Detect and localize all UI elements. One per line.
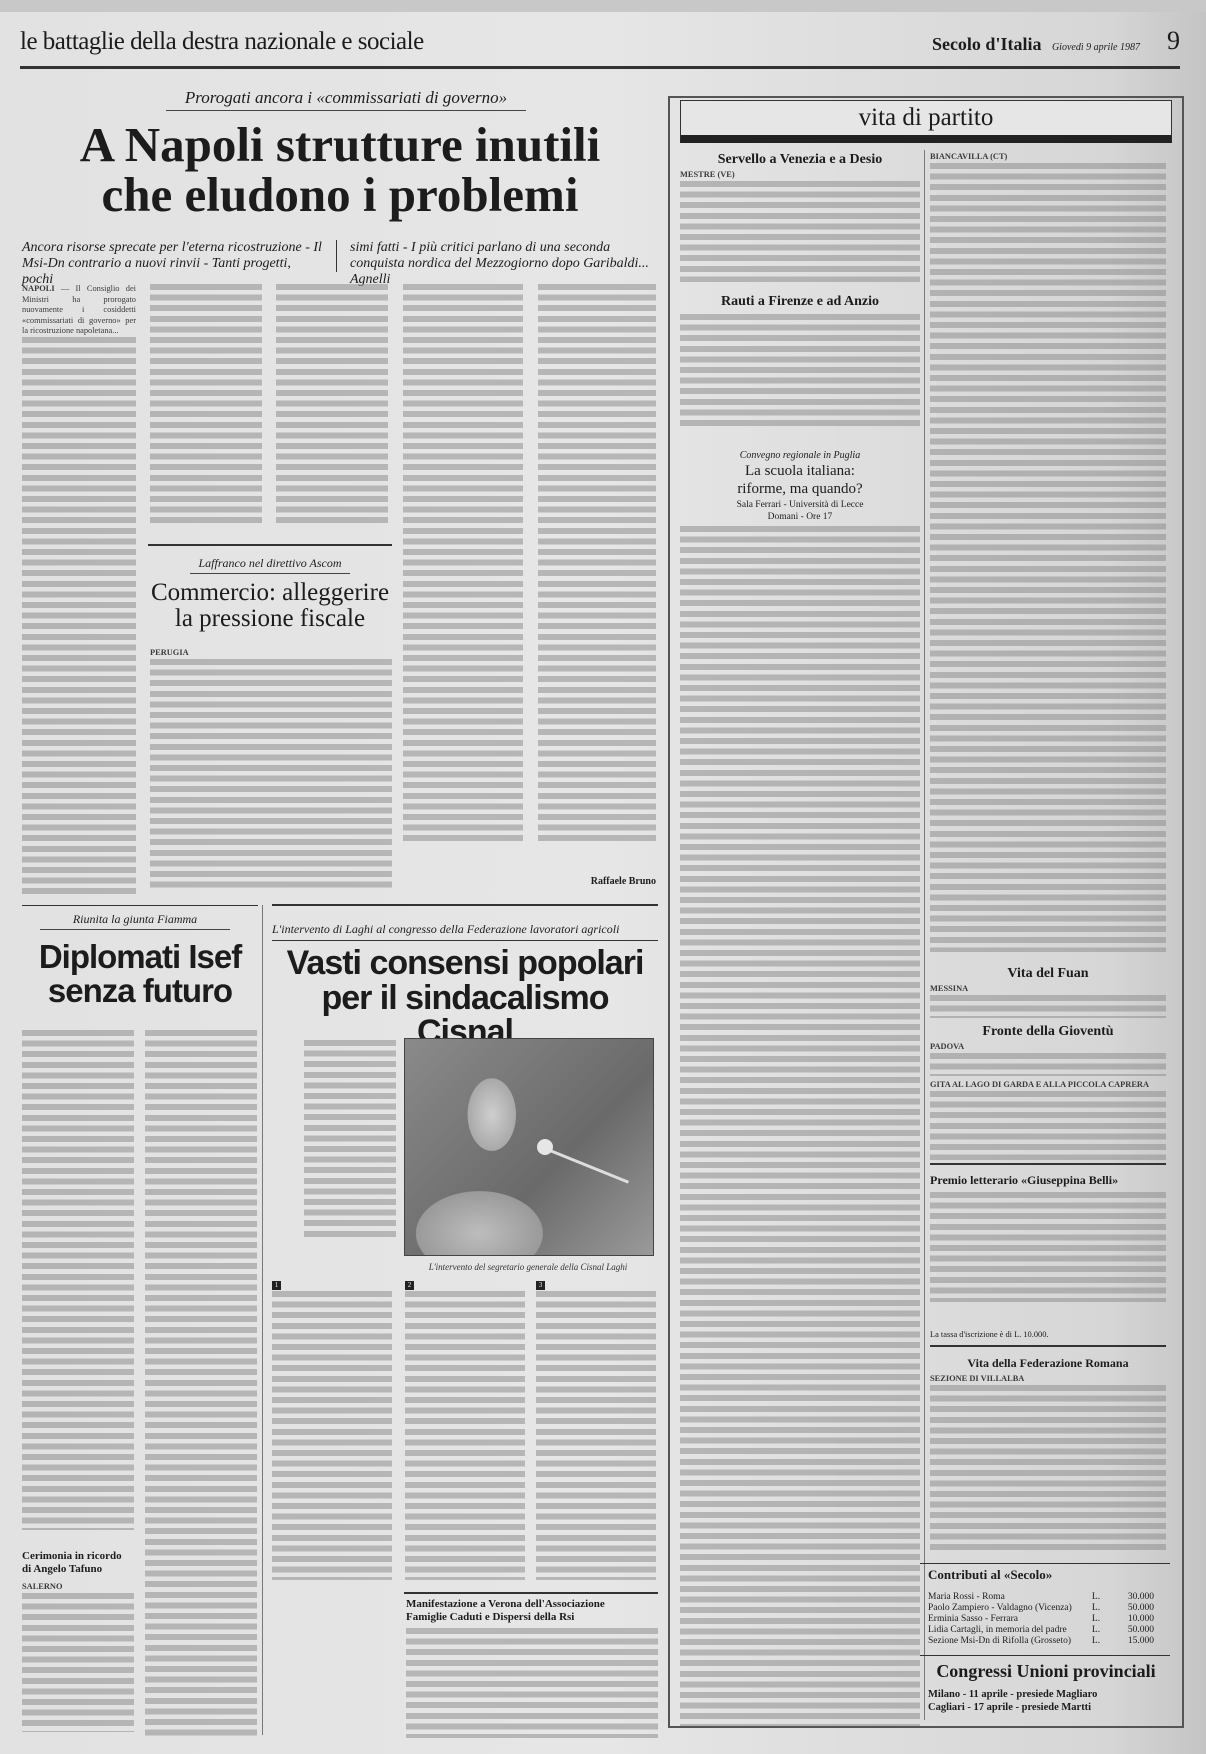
donor-name: Maria Rossi - Roma [928, 1592, 1005, 1603]
locality: MESSINA [930, 984, 968, 993]
body-text [145, 1030, 257, 1740]
body-text [930, 995, 1166, 1018]
contributi-table: Maria Rossi - RomaL.30.000 Paolo Zampier… [928, 1592, 1154, 1647]
obituary-body: SALERNO [22, 1582, 134, 1732]
locality: MESTRE (VE) [680, 170, 735, 179]
fronte-heading: Fronte della Gioventù [930, 1024, 1166, 1040]
amount: 30.000 [1106, 1592, 1154, 1603]
isef-top-rule [22, 905, 258, 906]
donor-name: Paolo Zampiero - Valdagno (Vicenza) [928, 1603, 1072, 1614]
obituary-title-line2: di Angelo Tafuno [22, 1563, 134, 1576]
commercio-kicker: Laffranco nel direttivo Ascom [190, 556, 350, 574]
puglia-heading: La scuola italiana: riforme, ma quando? [680, 462, 920, 498]
laghi-photo [404, 1038, 654, 1256]
verona-headline-line1: Manifestazione a Verona dell'Associazion… [406, 1598, 658, 1611]
isef-headline-line1: Diplomati Isef [22, 940, 258, 974]
commercio-headline: Commercio: alleggerire la pressione fisc… [148, 580, 392, 631]
lead-headline-line1: A Napoli strutture inutili [20, 120, 660, 170]
romana-heading: Vita della Federazione Romana [930, 1356, 1166, 1371]
verona-headline-line2: Famiglie Caduti e Dispersi della Rsi [406, 1611, 658, 1624]
microphone-shape [544, 1147, 629, 1183]
obituary-dateline: SALERNO [22, 1582, 63, 1591]
body-text [536, 1291, 656, 1580]
section-title: le battaglie della destra nazionale e so… [20, 28, 424, 56]
isef-kicker: Riunita la giunta Fiamma [40, 912, 230, 930]
isef-body-col-1 [22, 1030, 134, 1530]
body-text [22, 1593, 134, 1732]
body-text [930, 1053, 1166, 1076]
locality: GITA AL LAGO DI GARDA E ALLA PICCOLA CAP… [930, 1080, 1149, 1089]
currency: L. [1086, 1603, 1106, 1614]
rauti-body [680, 314, 920, 430]
locality: BIANCAVILLA (CT) [930, 152, 1007, 161]
servello-heading: Servello a Venezia e a Desio [680, 152, 920, 168]
cisnal-top-rule [272, 904, 658, 906]
body-text [403, 284, 523, 844]
page-number: 9 [1167, 26, 1180, 56]
isef-headline-line2: senza futuro [22, 974, 258, 1008]
lead-dateline: NAPOLI [22, 284, 55, 293]
lead-body-col-4 [403, 284, 523, 844]
verona-body [406, 1628, 658, 1738]
lead-headline-line2: che eludono i problemi [20, 170, 660, 220]
bullet-number: 3 [536, 1281, 545, 1290]
lead-body-col-3 [276, 284, 388, 528]
body-text [150, 284, 262, 528]
contributi-heading: Contributi al «Secolo» [928, 1568, 1164, 1581]
commercio-rule [148, 544, 392, 546]
body-text [538, 284, 656, 844]
body-text [304, 1040, 396, 1240]
congressi-item: Milano - 11 aprile - presiede Magliaro [928, 1688, 1164, 1701]
amount: 10.000 [1106, 1614, 1154, 1625]
cisnal-headline-line1: Vasti consensi popolari [272, 946, 658, 981]
cisnal-intro [304, 1040, 396, 1240]
paper-name-text: Secolo d'Italia [932, 34, 1042, 54]
body-text [930, 163, 1166, 952]
puglia-venue: Sala Ferrari - Università di Lecce [680, 500, 920, 510]
fuan-body: MESSINA [930, 984, 1166, 1018]
contributi-row: Maria Rossi - RomaL.30.000 [928, 1592, 1154, 1603]
congressi-item: Cagliari - 17 aprile - presiede Martti [928, 1701, 1164, 1714]
lead-deck-right: simi fatti - I più critici parlano di un… [350, 240, 655, 288]
lead-body-col-2 [150, 284, 262, 528]
body-text [272, 1291, 392, 1580]
locality: PADOVA [930, 1042, 964, 1051]
commercio-body: PERUGIA [150, 648, 392, 888]
paper-name: Secolo d'Italia Giovedì 9 aprile 1987 [932, 34, 1140, 55]
lead-kicker: Prorogati ancora i «commissariati di gov… [166, 88, 526, 111]
vita-left-listings [680, 526, 920, 1726]
body-text [680, 181, 920, 282]
microphone-head-shape [537, 1139, 553, 1155]
obituary-title: Cerimonia in ricordo di Angelo Tafuno [22, 1550, 134, 1576]
cisnal-kicker-rule [272, 940, 658, 941]
premio-body [930, 1192, 1166, 1302]
body-text [930, 1385, 1166, 1554]
newspaper-page: le battaglie della destra nazionale e so… [0, 0, 1206, 1754]
servello-body: MESTRE (VE) [680, 170, 920, 282]
body-text [680, 314, 920, 430]
contributi-rule [920, 1563, 1170, 1564]
premio-rule [930, 1163, 1166, 1165]
photo-caption: L'intervento del segretario generale del… [404, 1262, 652, 1272]
vita-column-divider [924, 150, 925, 1720]
cisnal-body-col-2: 2 [405, 1280, 525, 1580]
deck-divider [336, 240, 337, 272]
puglia-kicker: Convegno regionale in Puglia [680, 450, 920, 461]
obituary-title-line1: Cerimonia in ricordo [22, 1550, 134, 1563]
masthead: le battaglie della destra nazionale e so… [20, 28, 1180, 68]
body-text [150, 659, 392, 888]
puglia-time: Domani - Ore 17 [680, 512, 920, 522]
currency: L. [1086, 1592, 1106, 1603]
congressi-list: Milano - 11 aprile - presiede Magliaro C… [928, 1688, 1164, 1714]
body-text [405, 1291, 525, 1580]
contributi-row: Sezione Msi-Dn di Rifolla (Grosseto)L.15… [928, 1636, 1154, 1647]
body-text [276, 284, 388, 528]
lead-deck-left: Ancora risorse sprecate per l'eterna ric… [22, 240, 322, 288]
congressi-heading: Congressi Unioni provinciali [928, 1662, 1164, 1680]
vita-right-listings: BIANCAVILLA (CT) [930, 152, 1166, 952]
amount: 15.000 [1106, 1636, 1154, 1647]
bullet-number: 1 [272, 1281, 281, 1290]
contributi-row: Lidia Cartagli, in memoria del padreL.50… [928, 1625, 1154, 1636]
commercio-dateline: PERUGIA [150, 648, 189, 657]
verona-rule [404, 1592, 658, 1594]
isef-headline: Diplomati Isef senza futuro [22, 940, 258, 1007]
verona-headline: Manifestazione a Verona dell'Associazion… [406, 1598, 658, 1624]
donor-name: Erminia Sasso - Ferrara [928, 1614, 1018, 1625]
body-text [680, 526, 920, 1726]
currency: L. [1086, 1614, 1106, 1625]
bullet-number: 2 [405, 1281, 414, 1290]
currency: L. [1086, 1625, 1106, 1636]
donor-name: Lidia Cartagli, in memoria del padre [928, 1625, 1067, 1636]
gita-body: GITA AL LAGO DI GARDA E ALLA PICCOLA CAP… [930, 1080, 1166, 1160]
puglia-heading-line1: La scuola italiana: [680, 462, 920, 480]
cisnal-body-col-3: 3 [536, 1280, 656, 1580]
masthead-rule [20, 66, 1180, 69]
body-text [930, 1192, 1166, 1302]
cisnal-body-col-1: 1 [272, 1280, 392, 1580]
premio-fee: La tassa d'iscrizione è di L. 10.000. [930, 1330, 1166, 1339]
cisnal-headline: Vasti consensi popolari per il sindacali… [272, 946, 658, 1050]
premio-heading: Premio letterario «Giuseppina Belli» [930, 1174, 1166, 1187]
lead-body-col-1: NAPOLI — Il Consiglio dei Ministri ha pr… [22, 284, 136, 894]
romana-rule [930, 1345, 1166, 1347]
contributi-row: Paolo Zampiero - Valdagno (Vicenza)L.50.… [928, 1603, 1154, 1614]
body-text [406, 1628, 658, 1738]
issue-date: Giovedì 9 aprile 1987 [1052, 42, 1140, 53]
column-divider [262, 905, 263, 1735]
lead-body-text [22, 337, 136, 894]
puglia-heading-line2: riforme, ma quando? [680, 480, 920, 498]
amount: 50.000 [1106, 1625, 1154, 1636]
commercio-headline-line2: la pressione fiscale [148, 606, 392, 632]
romana-body: SEZIONE DI VILLALBA [930, 1374, 1166, 1554]
amount: 50.000 [1106, 1603, 1154, 1614]
currency: L. [1086, 1636, 1106, 1647]
rauti-heading: Rauti a Firenze e ad Anzio [680, 294, 920, 310]
lead-body-col-5 [538, 284, 656, 844]
body-text [22, 1030, 134, 1530]
body-text [930, 1091, 1166, 1160]
vita-di-partito-header: vita di partito [680, 100, 1172, 143]
scan-edge [0, 0, 1206, 12]
donor-name: Sezione Msi-Dn di Rifolla (Grosseto) [928, 1636, 1071, 1647]
locality: SEZIONE DI VILLALBA [930, 1374, 1024, 1383]
cisnal-kicker: L'intervento di Laghi al congresso della… [272, 922, 658, 937]
lead-headline: A Napoli strutture inutili che eludono i… [20, 120, 660, 220]
fuan-heading: Vita del Fuan [930, 966, 1166, 982]
isef-body-col-2 [145, 1030, 257, 1740]
lead-byline: Raffaele Bruno [540, 876, 656, 887]
contributi-row: Erminia Sasso - FerraraL.10.000 [928, 1614, 1154, 1625]
congressi-rule [920, 1655, 1170, 1656]
commercio-headline-line1: Commercio: alleggerire [148, 580, 392, 606]
fronte-body: PADOVA [930, 1042, 1166, 1076]
